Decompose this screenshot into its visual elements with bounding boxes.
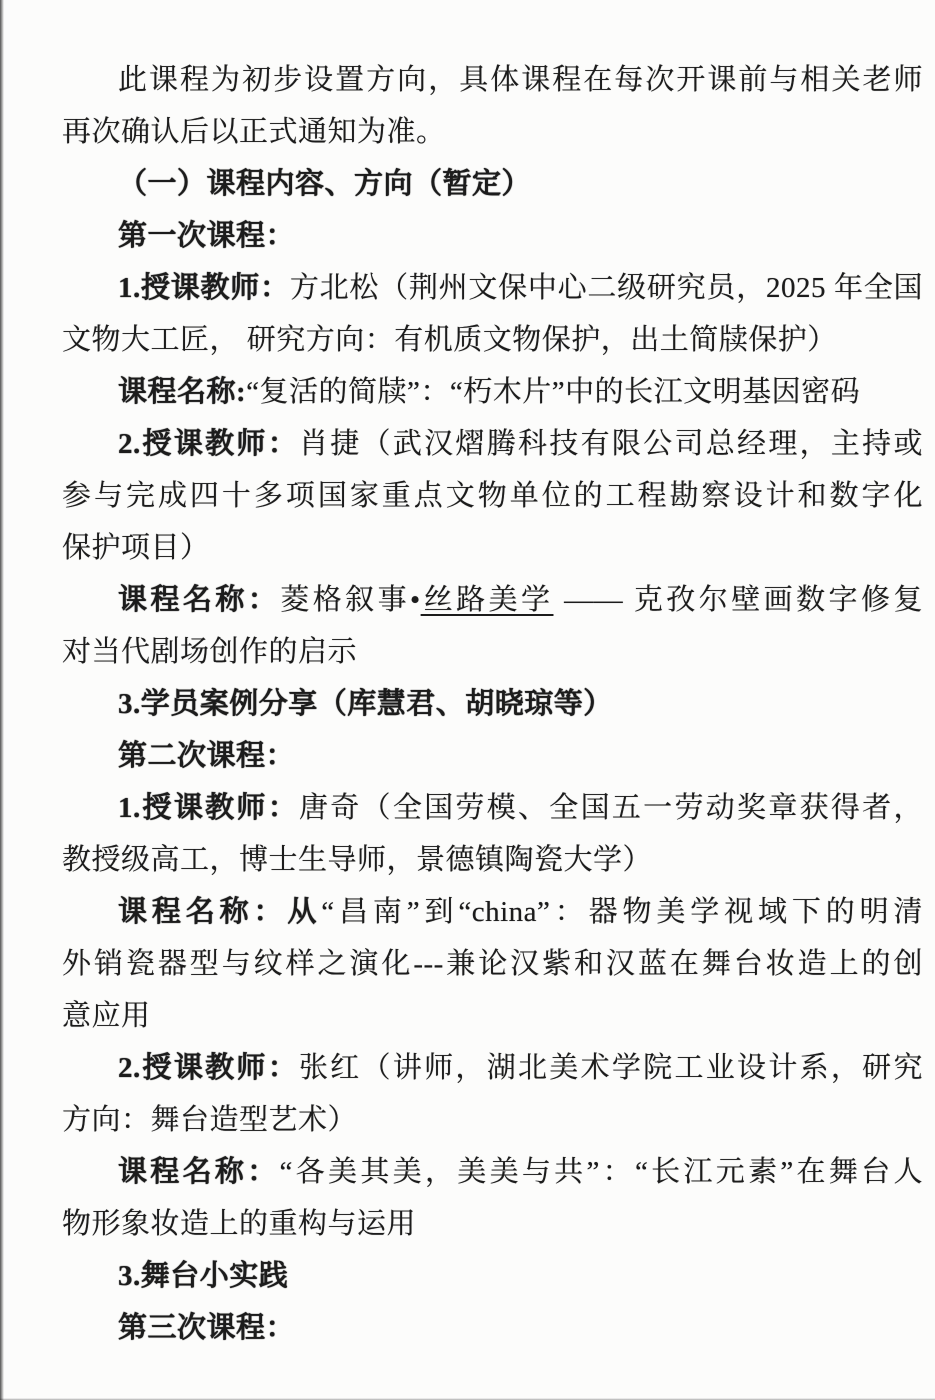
text-segment: 教授级高工，博士生导师，景德镇陶瓷大学）	[62, 844, 652, 876]
text-segment: 保护项目）	[62, 532, 210, 564]
text-line-6: 文物大工匠， 研究方向：有机质文物保护，出土简牍保护）	[62, 314, 923, 366]
text-line-9: 参与完成四十多项国家重点文物单位的工程勘察设计和数字化	[62, 470, 923, 522]
text-segment: “复活的简牍”：“朽木片”中的长江文明基因密码	[246, 376, 860, 408]
text-segment: 方向：舞台造型艺术）	[62, 1104, 357, 1136]
text-segment-bold: 2.授课教师：	[118, 428, 299, 460]
text-line-19: 意应用	[62, 990, 923, 1042]
text-segment: 张红（讲师，湖北美术学院工业设计系，研究	[299, 1052, 923, 1084]
text-segment: 肖捷（武汉熠腾科技有限公司总经理，主持或	[299, 428, 923, 460]
text-segment-bold: 2.授课教师：	[118, 1052, 299, 1084]
text-segment: 参与完成四十多项国家重点文物单位的工程勘察设计和数字化	[62, 480, 923, 512]
text-segment-bold: 课程名称：从	[118, 896, 321, 928]
text-line-15: 1.授课教师：唐奇（全国劳模、全国五一劳动奖章获得者，	[62, 782, 923, 834]
text-line-1: 此课程为初步设置方向，具体课程在每次开课前与相关老师	[62, 54, 923, 106]
text-segment: 唐奇（全国劳模、全国五一劳动奖章获得者，	[299, 792, 923, 824]
text-line-4: 第一次课程：	[62, 210, 923, 262]
text-segment: 方北松（荆州文保中心二级研究员，2025 年全国	[290, 272, 923, 304]
text-line-23: 物形象妆造上的重构与运用	[62, 1198, 923, 1250]
text-segment-bold: 第三次课程：	[118, 1312, 295, 1344]
text-line-21: 方向：舞台造型艺术）	[62, 1094, 923, 1146]
text-segment: 文物大工匠， 研究方向：有机质文物保护，出土简牍保护）	[62, 324, 837, 356]
text-segment-bold: 1.授课教师：	[118, 792, 299, 824]
text-segment: 对当代剧场创作的启示	[62, 636, 357, 668]
text-segment: 外销瓷器型与纹样之演化---兼论汉紫和汉蓝在舞台妆造上的创	[62, 948, 923, 980]
text-line-20: 2.授课教师：张红（讲师，湖北美术学院工业设计系，研究	[62, 1042, 923, 1094]
text-segment: 意应用	[62, 1000, 151, 1032]
text-segment: 此课程为初步设置方向，具体课程在每次开课前与相关老师	[118, 64, 923, 96]
text-line-17: 课程名称：从“昌南”到“china”：器物美学视域下的明清	[62, 886, 923, 938]
document-body: 此课程为初步设置方向，具体课程在每次开课前与相关老师再次确认后以正式通知为准。（…	[0, 0, 935, 1354]
text-segment: “昌南”到“china”：器物美学视域下的明清	[321, 896, 923, 928]
text-segment: “各美其美，美美与共”：“长江元素”在舞台人	[280, 1156, 923, 1188]
text-line-3: （一）课程内容、方向（暂定）	[62, 158, 923, 210]
text-line-18: 外销瓷器型与纹样之演化---兼论汉紫和汉蓝在舞台妆造上的创	[62, 938, 923, 990]
text-line-14: 第二次课程：	[62, 730, 923, 782]
text-segment-bold: 第二次课程：	[118, 740, 295, 772]
text-line-12: 对当代剧场创作的启示	[62, 626, 923, 678]
text-segment: 物形象妆造上的重构与运用	[62, 1208, 416, 1240]
text-segment-bold: 1.授课教师：	[118, 272, 290, 304]
text-line-11: 课程名称：菱格叙事•丝路美学 —— 克孜尔壁画数字修复	[62, 574, 923, 626]
text-line-16: 教授级高工，博士生导师，景德镇陶瓷大学）	[62, 834, 923, 886]
text-line-10: 保护项目）	[62, 522, 923, 574]
text-segment-bold: 第一次课程：	[118, 220, 295, 252]
text-line-2: 再次确认后以正式通知为准。	[62, 106, 923, 158]
text-line-22: 课程名称：“各美其美，美美与共”：“长江元素”在舞台人	[62, 1146, 923, 1198]
text-segment-bold: 课程名称：	[118, 1156, 280, 1188]
text-segment-bold: 课程名称：	[118, 584, 280, 616]
text-line-25: 第三次课程：	[62, 1302, 923, 1354]
text-line-13: 3.学员案例分享（库慧君、胡晓琼等）	[62, 678, 923, 730]
text-segment-bold: （一）课程内容、方向（暂定）	[118, 168, 531, 200]
text-line-7: 课程名称:“复活的简牍”：“朽木片”中的长江文明基因密码	[62, 366, 923, 418]
text-segment-underlined: 丝路美学	[421, 584, 554, 616]
text-segment: 菱格叙事•	[280, 584, 420, 616]
text-segment-bold: 课程名称:	[118, 376, 246, 408]
text-segment: 再次确认后以正式通知为准。	[62, 116, 446, 148]
text-line-24: 3.舞台小实践	[62, 1250, 923, 1302]
text-line-5: 1.授课教师：方北松（荆州文保中心二级研究员，2025 年全国	[62, 262, 923, 314]
text-segment-bold: 3.学员案例分享（库慧君、胡晓琼等）	[118, 688, 613, 720]
scanned-page: 此课程为初步设置方向，具体课程在每次开课前与相关老师再次确认后以正式通知为准。（…	[0, 0, 935, 1400]
text-segment-bold: 3.舞台小实践	[118, 1260, 288, 1292]
text-line-8: 2.授课教师：肖捷（武汉熠腾科技有限公司总经理，主持或	[62, 418, 923, 470]
text-segment: —— 克孜尔壁画数字修复	[553, 584, 923, 616]
